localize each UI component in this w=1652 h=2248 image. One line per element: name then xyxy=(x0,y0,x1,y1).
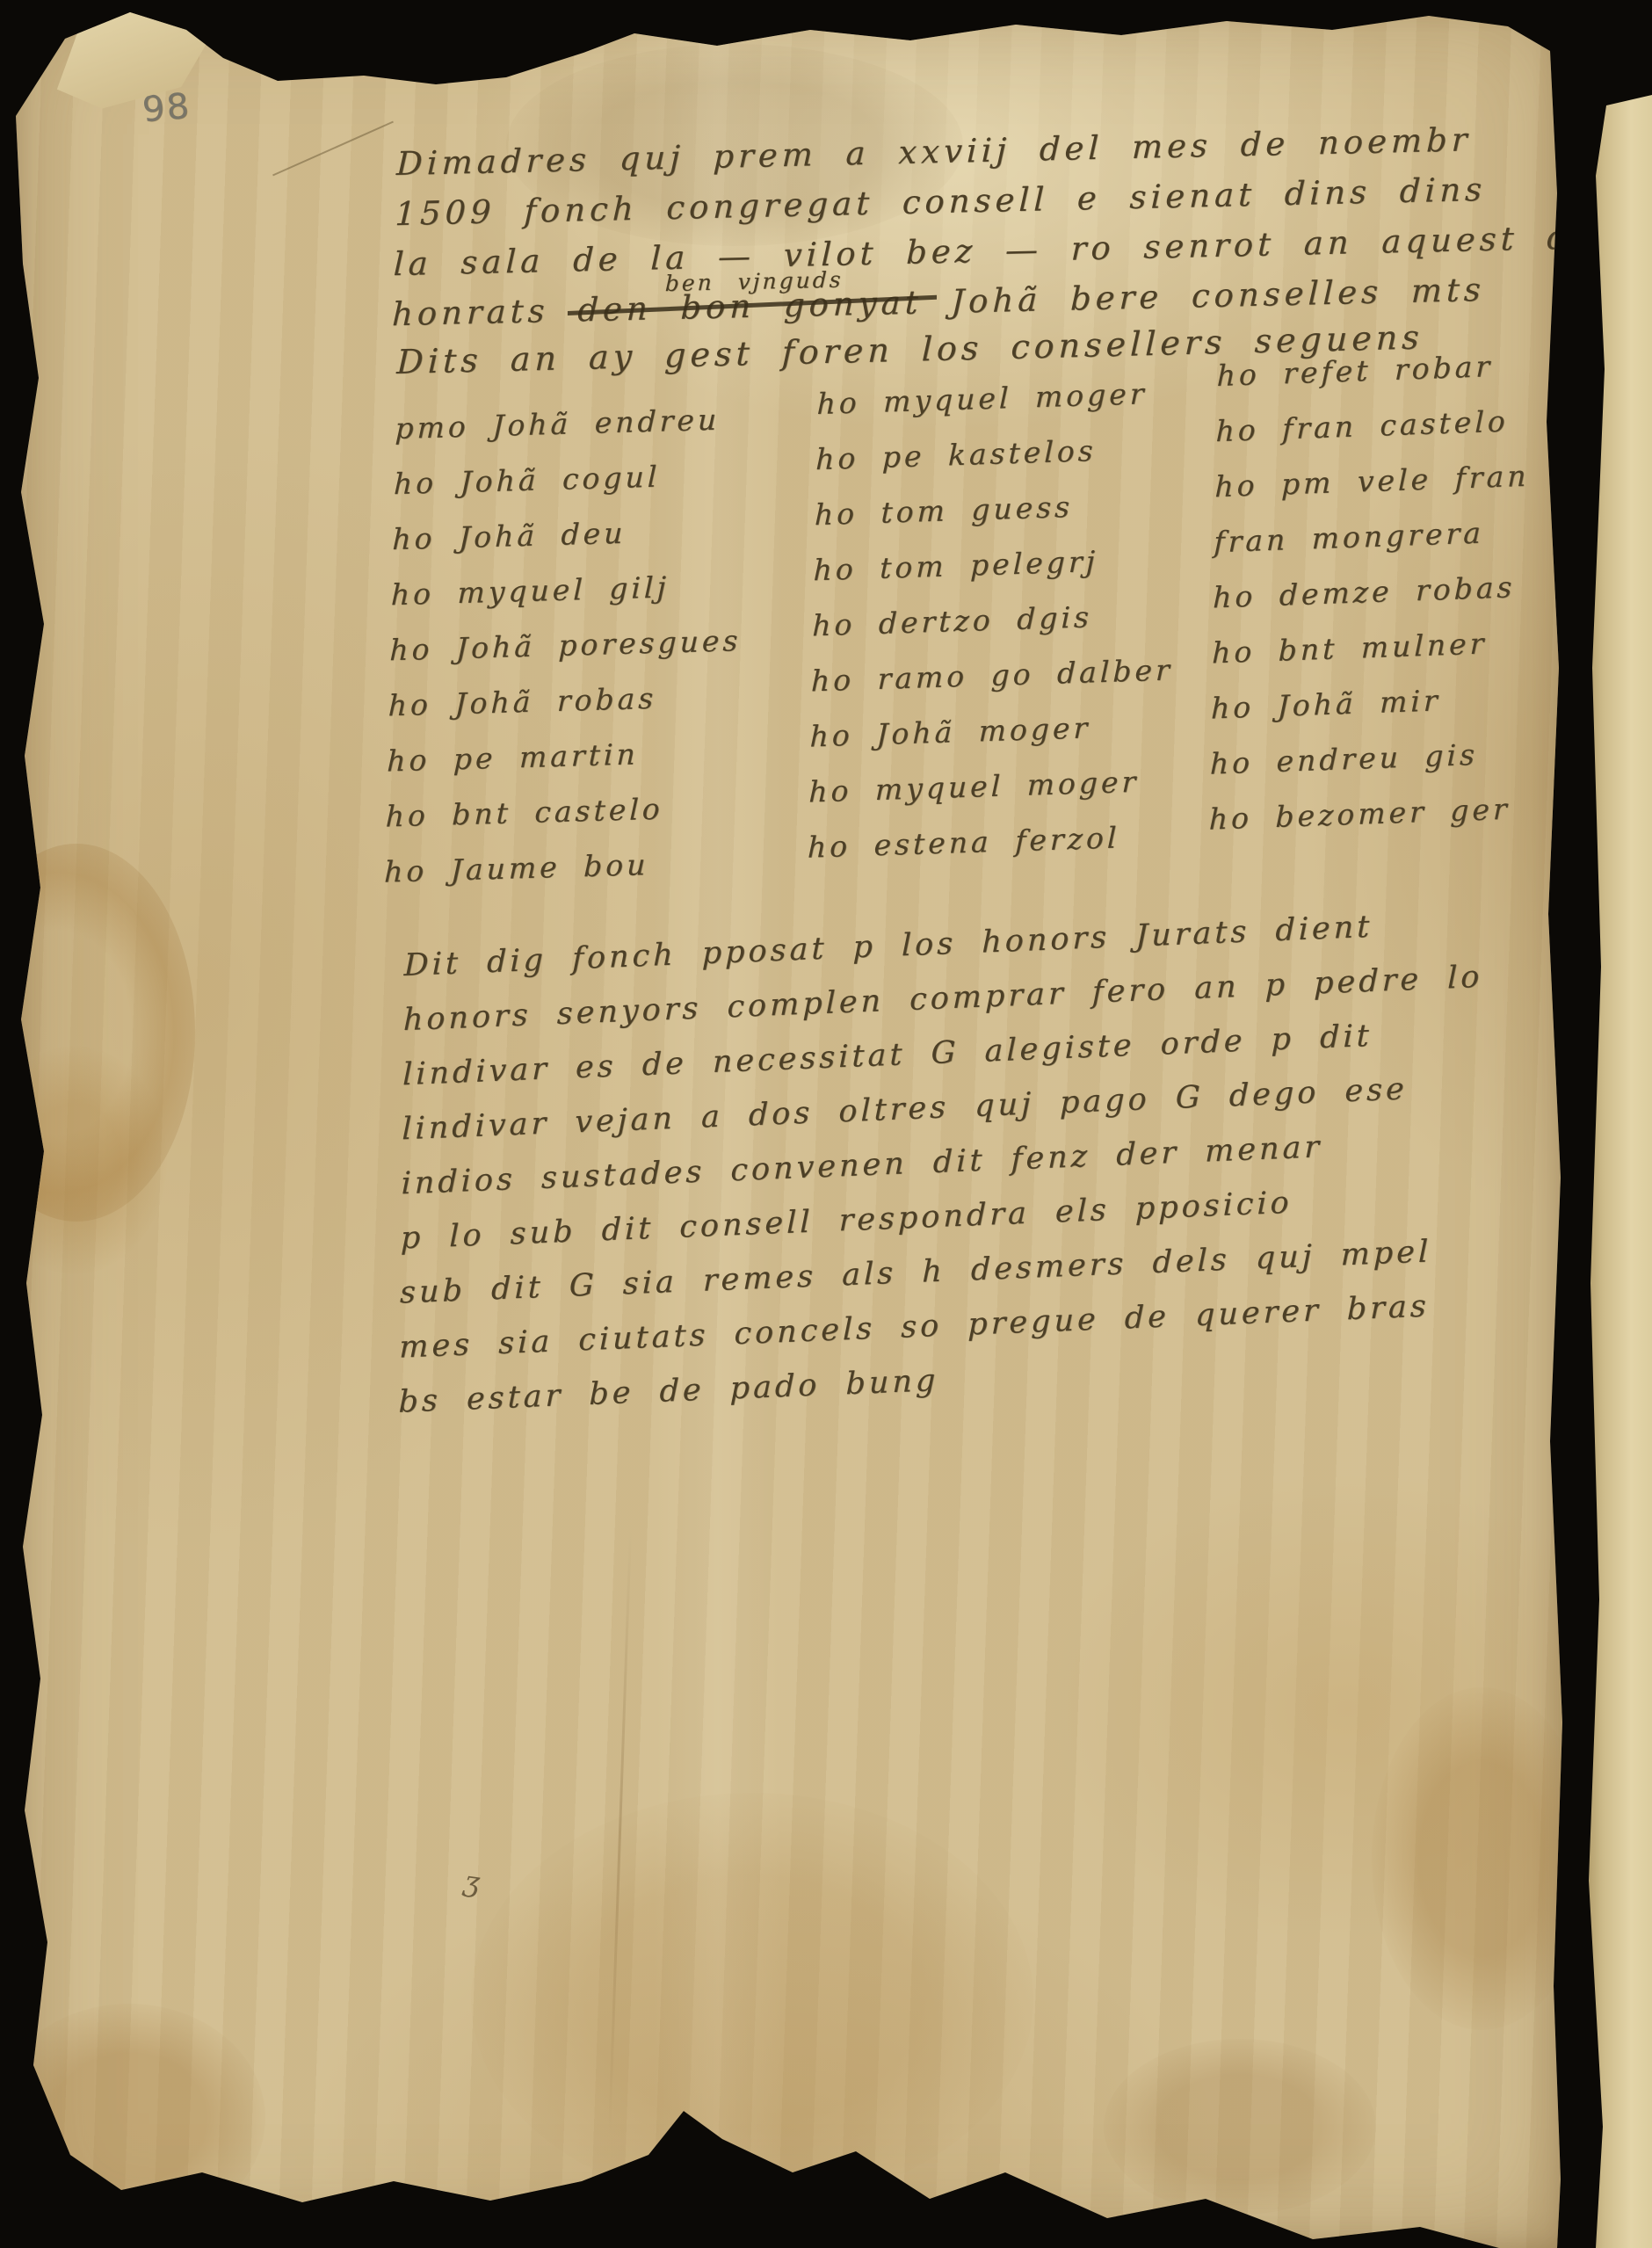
councillor-name: ho estena ferzol xyxy=(808,819,1170,866)
councillor-name: ho pe kastelos xyxy=(815,431,1178,477)
councillor-name: ho dertzo dgis xyxy=(812,597,1175,643)
councillor-column-3: ho refet robar ho fran castelo ho pm vel… xyxy=(1208,347,1531,837)
ink-scratch xyxy=(272,121,394,177)
councillor-column-1: pmo Johã endreu ho Johã cogul ho Johã de… xyxy=(384,402,747,890)
councillor-name: ho myquel moger xyxy=(816,375,1179,422)
councillor-name: ho tom guess xyxy=(815,486,1177,533)
stain xyxy=(0,2004,265,2232)
councillor-name: ho bnt mulner xyxy=(1212,625,1527,671)
water-stain xyxy=(0,1046,167,1274)
councillor-name: ho bnt castelo xyxy=(385,789,737,834)
councillor-name: fran mongrera xyxy=(1214,514,1529,561)
secondary-pencil-mark: 91 xyxy=(195,2172,222,2197)
councillor-column-2: ho myquel moger ho pe kastelos ho tom gu… xyxy=(808,375,1179,866)
councillor-name: ho tom pelegrj xyxy=(813,541,1176,588)
councillor-name: ho pe martin xyxy=(387,734,739,779)
councillor-name: ho bezomer ger xyxy=(1208,791,1524,838)
water-stain xyxy=(0,844,195,1222)
marginal-scribble: ʒ xyxy=(461,1864,482,1899)
councillor-name: ho myquel moger xyxy=(808,764,1171,810)
manuscript-page: 98 Dimadres quj prem a xxviij del mes de… xyxy=(14,0,1564,2248)
councillor-name: ho Johã cogul xyxy=(393,457,745,502)
councillor-name: ho demze robas xyxy=(1213,569,1528,616)
councillor-name: ho endreu gis xyxy=(1210,736,1525,782)
councillor-name: ho ramo go dalber xyxy=(811,652,1174,699)
body-paragraph: Dit dig fonch pposat p los honors Jurats… xyxy=(398,896,1483,1430)
councillor-name: ho Johã deu xyxy=(392,512,744,557)
councillor-name: ho pm vele fran xyxy=(1214,459,1530,505)
councillor-name: ho fran castelo xyxy=(1215,403,1531,450)
header-paragraph: Dimadres quj prem a xxviij del mes de no… xyxy=(391,111,1635,339)
torn-paper-flap xyxy=(46,4,234,111)
next-page-edge xyxy=(1582,0,1652,2248)
stain xyxy=(1372,1687,1591,2030)
councillor-name: ho Johã moger xyxy=(809,707,1172,754)
header-line4-pre: honrats xyxy=(391,291,578,333)
header-line4-post: Johã bere conselles mts xyxy=(922,271,1486,322)
stain xyxy=(1104,2039,1376,2215)
councillor-name: pmo Johã endreu xyxy=(395,402,747,446)
councillor-name: ho Johã poresgues xyxy=(389,623,742,668)
councillor-name: ho Johã mir xyxy=(1211,680,1526,727)
manuscript-photo: 98 Dimadres quj prem a xxviij del mes de… xyxy=(0,0,1652,2248)
councillor-name: ho Johã robas xyxy=(388,678,740,723)
councillor-name: ho myquel gilj xyxy=(390,568,743,613)
crease-line xyxy=(608,1529,632,2136)
struck-text: den bon gonyat xyxy=(576,277,923,335)
